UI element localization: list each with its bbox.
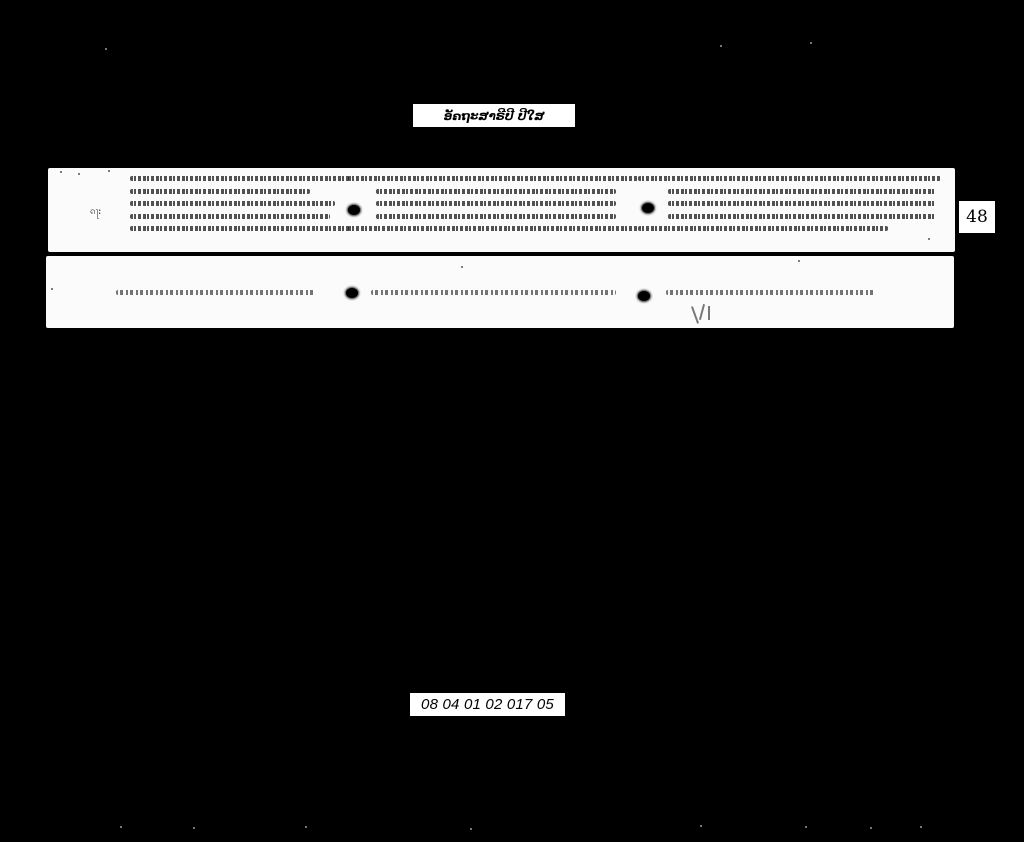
script-line	[348, 222, 638, 235]
palm-leaf-lower	[46, 256, 954, 328]
script-line	[376, 185, 616, 198]
manuscript-title-text: ອັຄຖະສາຣີປີ ປີໃສ	[444, 109, 545, 123]
script-line	[371, 286, 616, 299]
leaf-speck	[51, 288, 53, 290]
script-line	[376, 210, 616, 223]
script-line	[130, 210, 330, 223]
leaf-margin-mark: ၵႃး	[90, 204, 101, 219]
scan-noise	[720, 45, 722, 47]
script-line	[638, 222, 888, 235]
scan-noise	[700, 825, 702, 827]
scan-noise	[105, 48, 107, 50]
leaf-lower-text-center	[371, 286, 616, 299]
script-line	[130, 172, 350, 185]
leaf-speck	[78, 173, 80, 175]
ink-scribble	[691, 306, 699, 324]
string-hole-right	[638, 291, 650, 301]
scan-noise	[805, 826, 807, 828]
script-line	[130, 197, 335, 210]
leaf-upper-text-left	[130, 172, 350, 235]
leaf-speck	[461, 266, 463, 268]
ink-scribble	[708, 306, 710, 320]
scan-noise	[470, 828, 472, 830]
script-line	[668, 185, 936, 198]
scan-noise	[305, 826, 307, 828]
page-number-text: 48	[966, 207, 988, 227]
script-line	[638, 172, 941, 185]
palm-leaf-upper: ၵႃး	[48, 168, 955, 252]
scan-noise	[193, 827, 195, 829]
script-line	[130, 185, 310, 198]
page-number-label: 48	[959, 201, 995, 233]
leaf-lower-text-right	[666, 286, 876, 299]
scan-noise	[870, 827, 872, 829]
leaf-lower-text-left	[116, 286, 316, 299]
script-line	[668, 210, 936, 223]
ink-scribble	[699, 304, 705, 320]
leaf-speck	[108, 170, 110, 172]
leaf-upper-text-right	[638, 172, 941, 235]
script-line	[666, 286, 876, 299]
script-line	[130, 222, 350, 235]
leaf-upper-text-center	[348, 172, 638, 235]
script-line	[348, 172, 638, 185]
string-hole-left	[346, 288, 358, 298]
scan-noise	[120, 826, 122, 828]
catalog-id-label: 08 04 01 02 017 05	[410, 693, 565, 716]
manuscript-title-label: ອັຄຖະສາຣີປີ ປີໃສ	[413, 104, 575, 127]
leaf-speck	[798, 260, 800, 262]
scan-noise	[810, 42, 812, 44]
script-line	[668, 197, 936, 210]
script-line	[116, 286, 316, 299]
leaf-speck	[60, 171, 62, 173]
script-line	[376, 197, 616, 210]
catalog-id-text: 08 04 01 02 017 05	[421, 696, 554, 713]
leaf-speck	[928, 238, 930, 240]
scan-noise	[920, 826, 922, 828]
